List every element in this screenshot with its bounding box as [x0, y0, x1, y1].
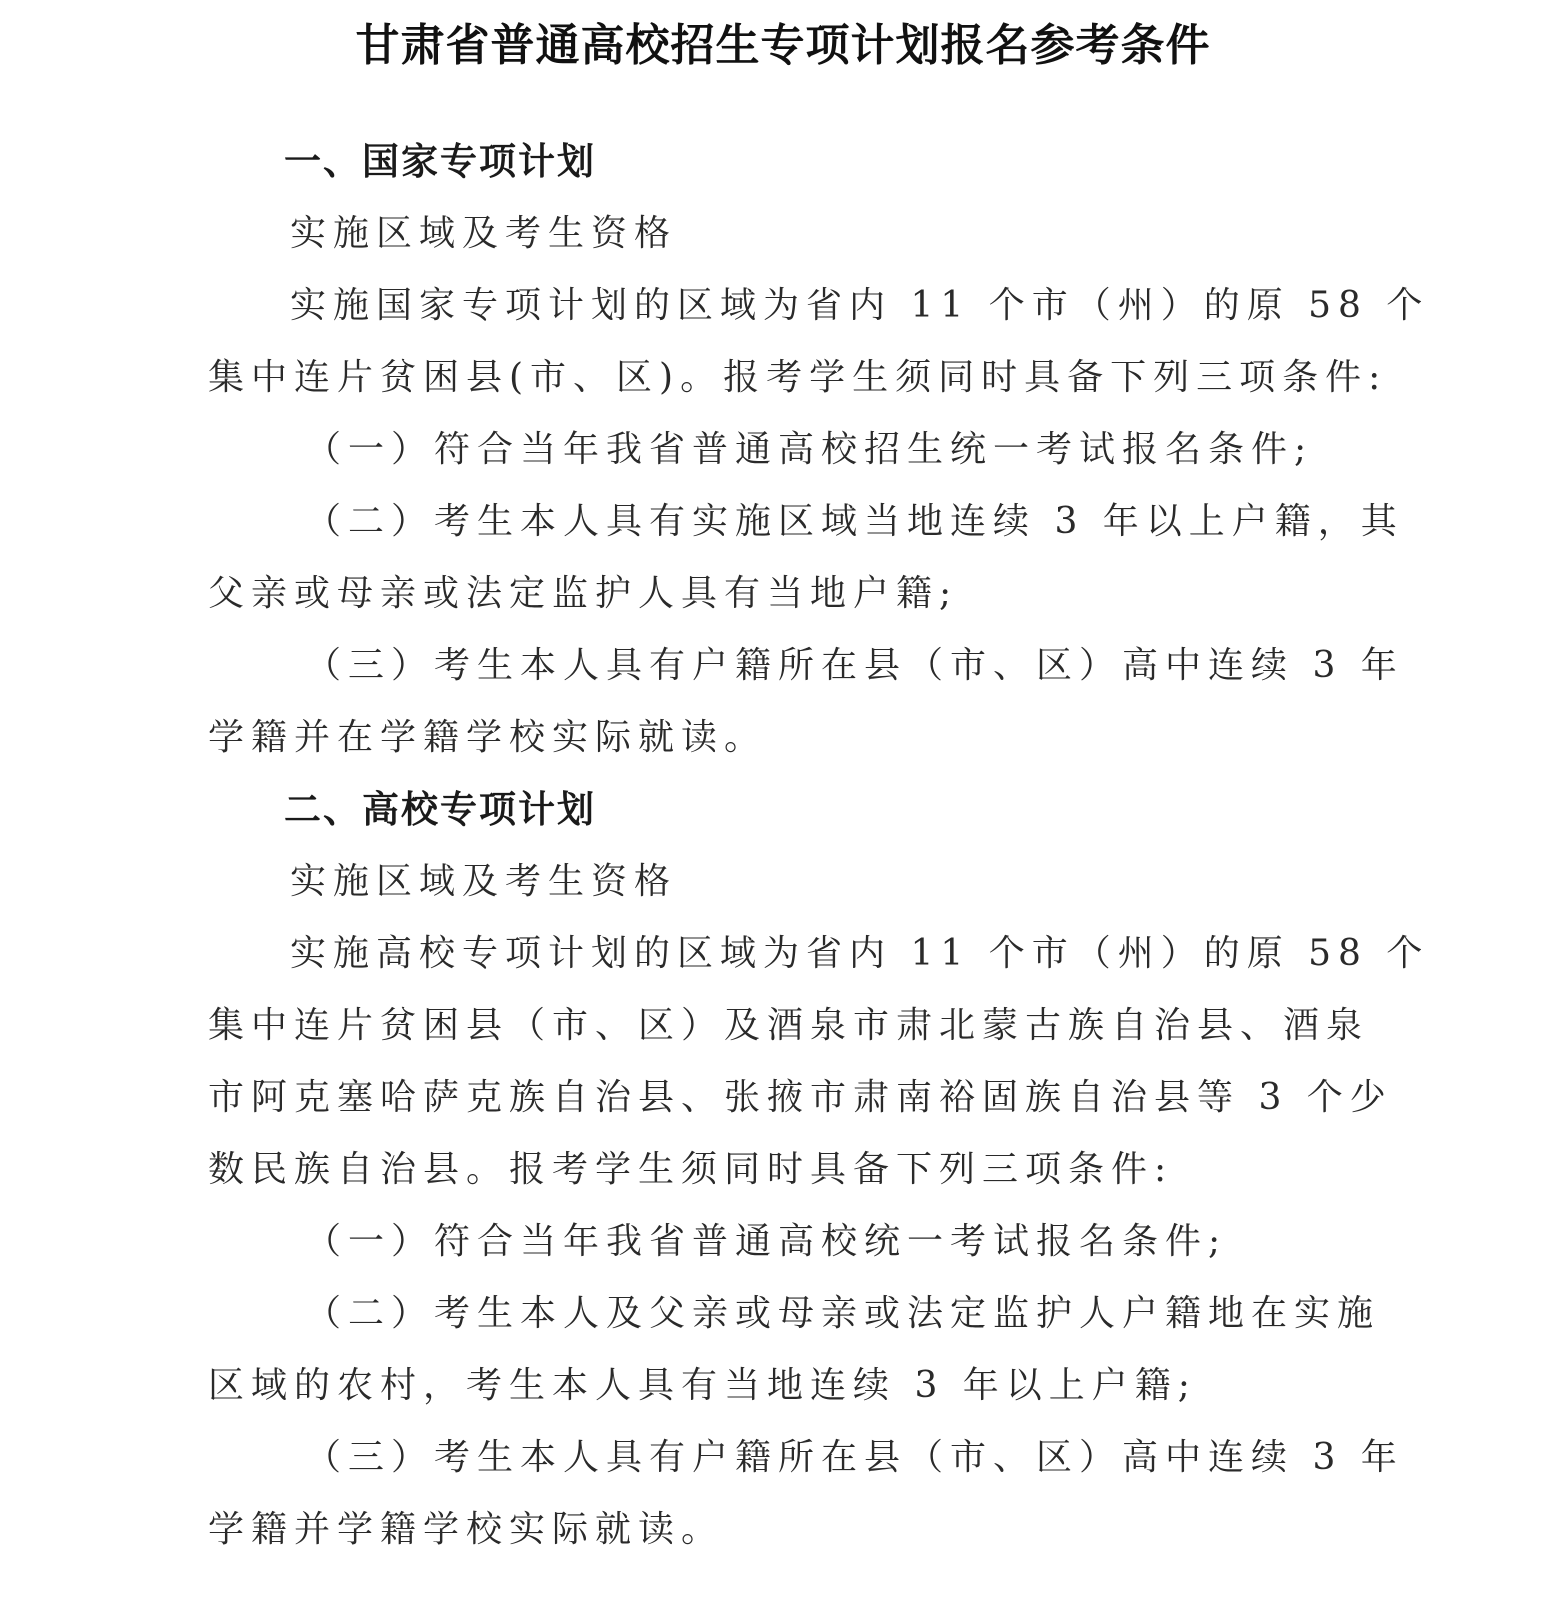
condition-item-cont: 学籍并在学籍学校实际就读。 — [208, 702, 1333, 774]
condition-item: （三）考生本人具有户籍所在县（市、区）高中连续 3 年 — [305, 630, 1330, 702]
condition-item: （二）考生本人及父亲或母亲或法定监护人户籍地在实施 — [305, 1278, 1330, 1350]
paragraph-line: 集中连片贫困县(市、区)。报考学生须同时具备下列三项条件: — [208, 342, 1323, 414]
section-subheading: 实施区域及考生资格 — [290, 846, 1415, 918]
condition-item: （二）考生本人具有实施区域当地连续 3 年以上户籍，其 — [305, 486, 1330, 558]
condition-item: （一）符合当年我省普通高校统一考试报名条件; — [305, 1206, 1430, 1278]
section-subheading: 实施区域及考生资格 — [290, 198, 1415, 270]
paragraph-line: 市阿克塞哈萨克族自治县、张掖市肃南裕固族自治县等 3 个少 — [208, 1062, 1328, 1134]
condition-item-cont: 父亲或母亲或法定监护人具有当地户籍; — [208, 558, 1333, 630]
document-title: 甘肃省普通高校招生专项计划报名参考条件 — [0, 14, 1566, 78]
section-heading-university: 二、高校专项计划 — [284, 774, 1409, 846]
condition-item-cont: 学籍并学籍学校实际就读。 — [208, 1494, 1333, 1566]
condition-item: （一）符合当年我省普通高校招生统一考试报名条件; — [305, 414, 1430, 486]
condition-item-cont: 区域的农村，考生本人具有当地连续 3 年以上户籍; — [208, 1350, 1333, 1422]
paragraph-line: 数民族自治县。报考学生须同时具备下列三项条件: — [208, 1134, 1333, 1206]
section-heading-national: 一、国家专项计划 — [284, 126, 1409, 198]
condition-item: （三）考生本人具有户籍所在县（市、区）高中连续 3 年 — [305, 1422, 1330, 1494]
paragraph-line: 实施高校专项计划的区域为省内 11 个市（州）的原 58 个 — [290, 918, 1330, 990]
paragraph-line: 实施国家专项计划的区域为省内 11 个市（州）的原 58 个 — [290, 270, 1330, 342]
paragraph-line: 集中连片贫困县（市、区）及酒泉市肃北蒙古族自治县、酒泉 — [208, 990, 1328, 1062]
